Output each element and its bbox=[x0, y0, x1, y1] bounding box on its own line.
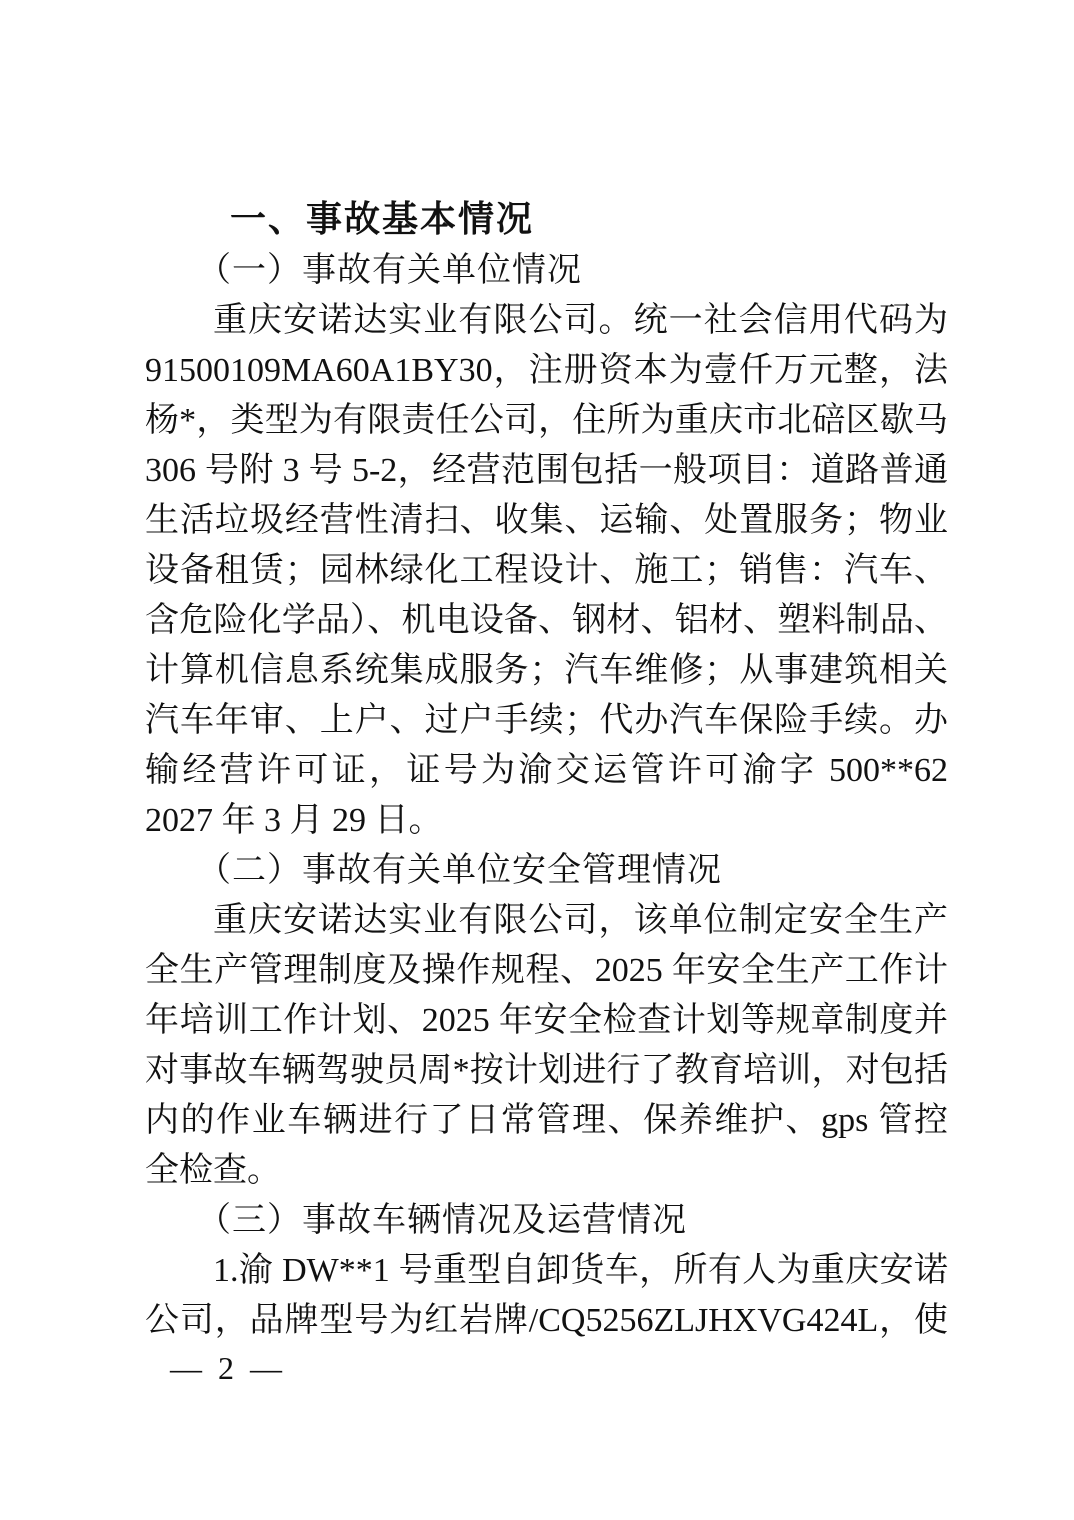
page-content: 一、事故基本情况 （一）事故有关单位情况 重庆安诺达实业有限公司。统一社会信用代… bbox=[145, 192, 948, 1346]
text-line: 设备租赁；园林绿化工程设计、施工；销售：汽车、建筑材料（不 bbox=[145, 546, 948, 596]
text-line: 生活垃圾经营性清扫、收集、运输、处置服务；物业管理；机械 bbox=[145, 496, 948, 546]
page-number: — 2 — bbox=[170, 1350, 286, 1386]
text-line: 91500109MA60A1BY30，注册资本为壹仟万元整，法定代表人为 bbox=[145, 346, 948, 396]
text-line: 全检查。 bbox=[145, 1146, 948, 1196]
text-line: 内的作业车辆进行了日常管理、保养维护、gps 管控和日周月安 bbox=[145, 1096, 948, 1146]
text-line: 杨*，类型为有限责任公司，住所为重庆市北碚区歇马镇冯时行路 bbox=[145, 396, 948, 446]
text-line: 输经营许可证，证号为渝交运管许可渝字 500**62 号，有效期至 bbox=[145, 746, 948, 796]
document-page: 一、事故基本情况 （一）事故有关单位情况 重庆安诺达实业有限公司。统一社会信用代… bbox=[0, 0, 1074, 1520]
text-line: 对事故车辆驾驶员周*按计划进行了教育培训，对包括事故车辆在 bbox=[145, 1046, 948, 1096]
text-line: 含危险化学品）、机电设备、钢材、铝材、塑料制品、橡胶制品； bbox=[145, 596, 948, 646]
text-line: 全生产管理制度及操作规程、2025 年安全生产工作计划、2025 bbox=[145, 946, 948, 996]
text-line: 1.渝 DW**1 号重型自卸货车，所有人为重庆安诺达实业有限 bbox=[145, 1246, 948, 1296]
text-line: 年培训工作计划、2025 年安全检查计划等规章制度并严格执行。 bbox=[145, 996, 948, 1046]
text-line: 重庆安诺达实业有限公司，该单位制定安全生产责任制、安 bbox=[145, 896, 948, 946]
text-line: 重庆安诺达实业有限公司。统一社会信用代码为 bbox=[145, 296, 948, 346]
subsection-title-3: （三）事故车辆情况及运营情况 bbox=[145, 1196, 948, 1246]
text-line: 306 号附 3 号 5-2，经营范围包括一般项目：道路普通货运；城市 bbox=[145, 446, 948, 496]
section-heading: 一、事故基本情况 bbox=[145, 192, 948, 246]
subsection-title-1: （一）事故有关单位情况 bbox=[145, 246, 948, 296]
subsection-title-2: （二）事故有关单位安全管理情况 bbox=[145, 846, 948, 896]
text-line: 汽车年审、上户、过户手续；代办汽车保险手续。办理有道路运 bbox=[145, 696, 948, 746]
text-line: 2027 年 3 月 29 日。 bbox=[145, 796, 948, 846]
text-line: 公司，品牌型号为红岩牌/CQ5256ZLJHXVG424L，使用性质为货 bbox=[145, 1296, 948, 1346]
text-line: 计算机信息系统集成服务；汽车维修；从事建筑相关业务；代办 bbox=[145, 646, 948, 696]
